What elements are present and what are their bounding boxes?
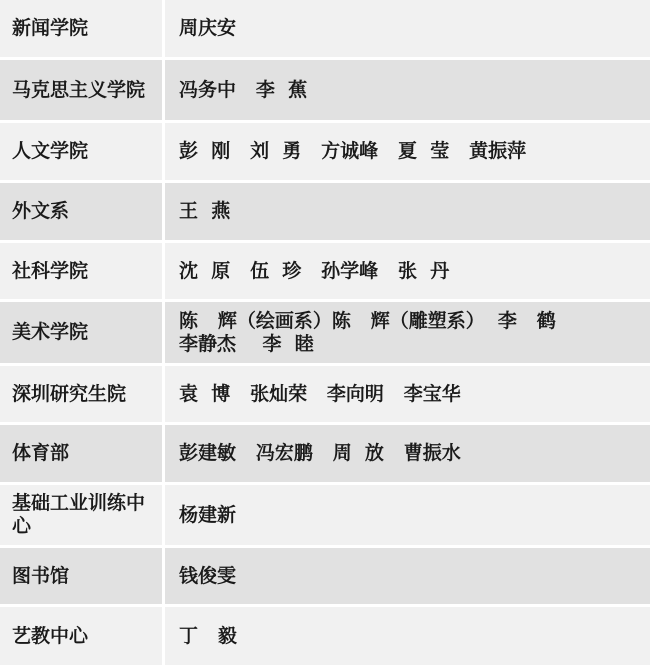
department-cell: 新闻学院 [0,0,165,57]
department-cell: 美术学院 [0,302,165,363]
department-cell: 外文系 [0,183,165,240]
names-cell: 沈 原 伍 珍 孙学峰 张 丹 [165,243,650,299]
table-row: 新闻学院周庆安 [0,0,650,60]
department-cell: 体育部 [0,425,165,482]
department-cell: 基础工业训练中心 [0,485,165,545]
table-row: 社科学院沈 原 伍 珍 孙学峰 张 丹 [0,243,650,302]
names-cell: 王 燕 [165,183,650,240]
department-cell: 深圳研究生院 [0,366,165,422]
names-cell: 袁 博 张灿荣 李向明 李宝华 [165,366,650,422]
table-row: 人文学院彭 刚 刘 勇 方诚峰 夏 莹 黄振萍 [0,123,650,183]
department-cell: 人文学院 [0,123,165,180]
names-cell: 周庆安 [165,0,650,57]
names-cell: 彭 刚 刘 勇 方诚峰 夏 莹 黄振萍 [165,123,650,180]
names-cell: 彭建敏 冯宏鹏 周 放 曹振水 [165,425,650,482]
table-row: 深圳研究生院袁 博 张灿荣 李向明 李宝华 [0,366,650,425]
table-row: 马克思主义学院冯务中 李 蕉 [0,60,650,123]
names-cell: 丁 毅 [165,607,650,665]
table-row: 美术学院陈 辉（绘画系）陈 辉（雕塑系） 李 鹤 李静杰 李 睦 [0,302,650,366]
names-cell: 杨建新 [165,485,650,545]
table-row: 基础工业训练中心杨建新 [0,485,650,548]
table-row: 艺教中心丁 毅 [0,607,650,668]
department-cell: 图书馆 [0,548,165,604]
names-cell: 钱俊雯 [165,548,650,604]
names-cell: 陈 辉（绘画系）陈 辉（雕塑系） 李 鹤 李静杰 李 睦 [165,302,650,363]
department-cell: 艺教中心 [0,607,165,665]
department-names-table: 新闻学院周庆安马克思主义学院冯务中 李 蕉人文学院彭 刚 刘 勇 方诚峰 夏 莹… [0,0,650,668]
table-row: 图书馆钱俊雯 [0,548,650,607]
table-row: 外文系王 燕 [0,183,650,243]
department-cell: 马克思主义学院 [0,60,165,120]
names-cell: 冯务中 李 蕉 [165,60,650,120]
table-row: 体育部彭建敏 冯宏鹏 周 放 曹振水 [0,425,650,485]
department-cell: 社科学院 [0,243,165,299]
